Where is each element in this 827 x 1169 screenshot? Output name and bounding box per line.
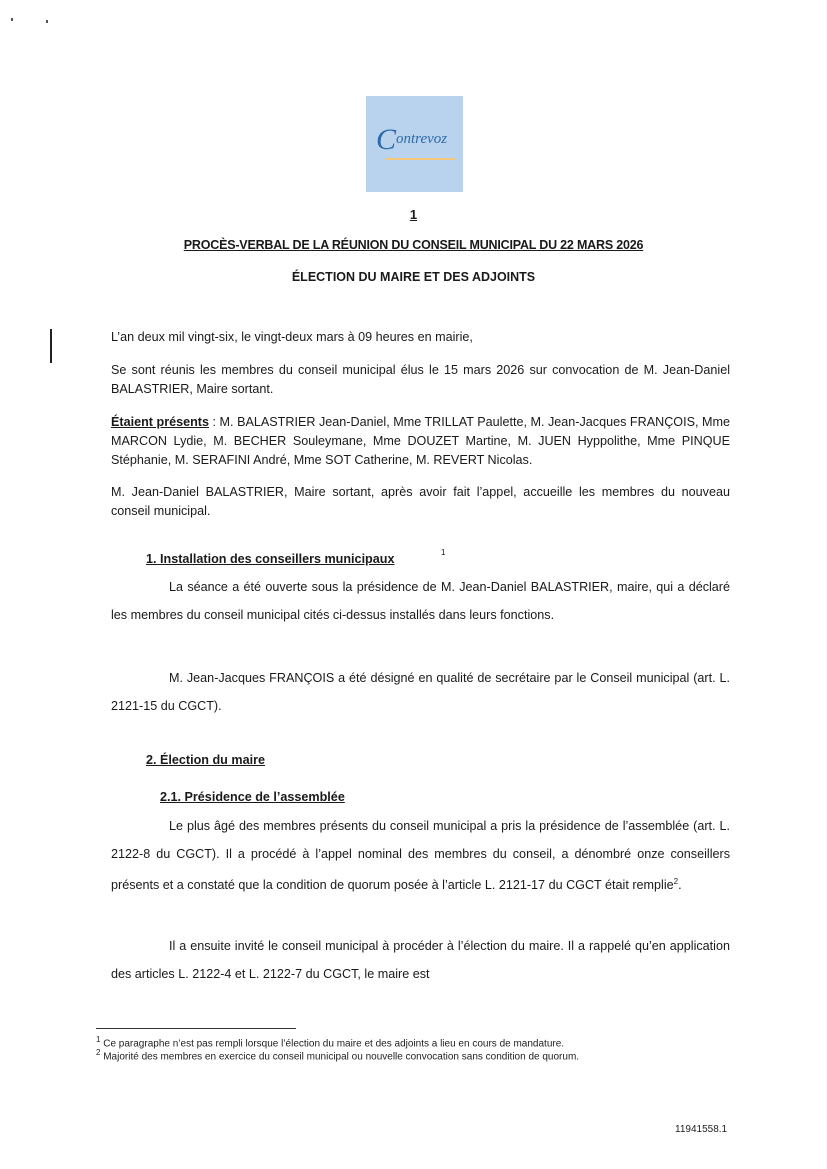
footnote-2: 2 Majorité des membres en exercice du co…: [96, 1048, 579, 1062]
logo-initial: C: [376, 123, 396, 156]
intro-paragraph-convocation: Se sont réunis les membres du conseil mu…: [111, 361, 730, 399]
section-1-heading: 1. Installation des conseillers municipa…: [146, 552, 394, 566]
page-number: 1: [0, 207, 827, 222]
intro-paragraph-welcome: M. Jean-Daniel BALASTRIER, Maire sortant…: [111, 483, 730, 521]
contrevoz-logo: Contrevoz: [366, 96, 463, 192]
scan-artifact: [11, 18, 13, 21]
logo-text: Contrevoz: [376, 130, 447, 150]
logo-rest: ontrevoz: [396, 131, 447, 147]
footnote-2-text: Majorité des membres en exercice du cons…: [100, 1051, 579, 1062]
section-2-1-heading: 2.1. Présidence de l’assemblée: [160, 790, 345, 804]
section-2-1-paragraph-2: Il a ensuite invité le conseil municipal…: [111, 932, 730, 988]
section-1-heading-text: 1. Installation des conseillers municipa…: [146, 552, 394, 566]
scan-artifact: [46, 20, 48, 23]
section-2-1-paragraph-1: Le plus âgé des membres présents du cons…: [111, 812, 730, 899]
document-page: Contrevoz 1 PROCÈS-VERBAL DE LA RÉUNION …: [0, 0, 827, 1169]
attendance-paragraph: Étaient présents : M. BALASTRIER Jean-Da…: [111, 413, 730, 470]
footnote-separator: [96, 1028, 296, 1029]
document-title: PROCÈS-VERBAL DE LA RÉUNION DU CONSEIL M…: [0, 238, 827, 252]
section-2-1-paragraph-1-text: Le plus âgé des membres présents du cons…: [111, 819, 730, 892]
section-2-heading: 2. Élection du maire: [146, 753, 265, 767]
document-subtitle: ÉLECTION DU MAIRE ET DES ADJOINTS: [0, 270, 827, 284]
sentence-end: .: [678, 878, 682, 892]
present-label: Étaient présents: [111, 415, 209, 429]
section-1-paragraph-2: M. Jean-Jacques FRANÇOIS a été désigné e…: [111, 664, 730, 720]
intro-paragraph-date: L’an deux mil vingt-six, le vingt-deux m…: [111, 328, 730, 347]
logo-underline: [386, 158, 456, 160]
document-id: 11941558.1: [675, 1124, 727, 1135]
section-1-paragraph-1: La séance a été ouverte sous la présiden…: [111, 573, 730, 629]
footnote-ref-1: 1: [441, 548, 445, 557]
revision-bar: [50, 329, 52, 363]
